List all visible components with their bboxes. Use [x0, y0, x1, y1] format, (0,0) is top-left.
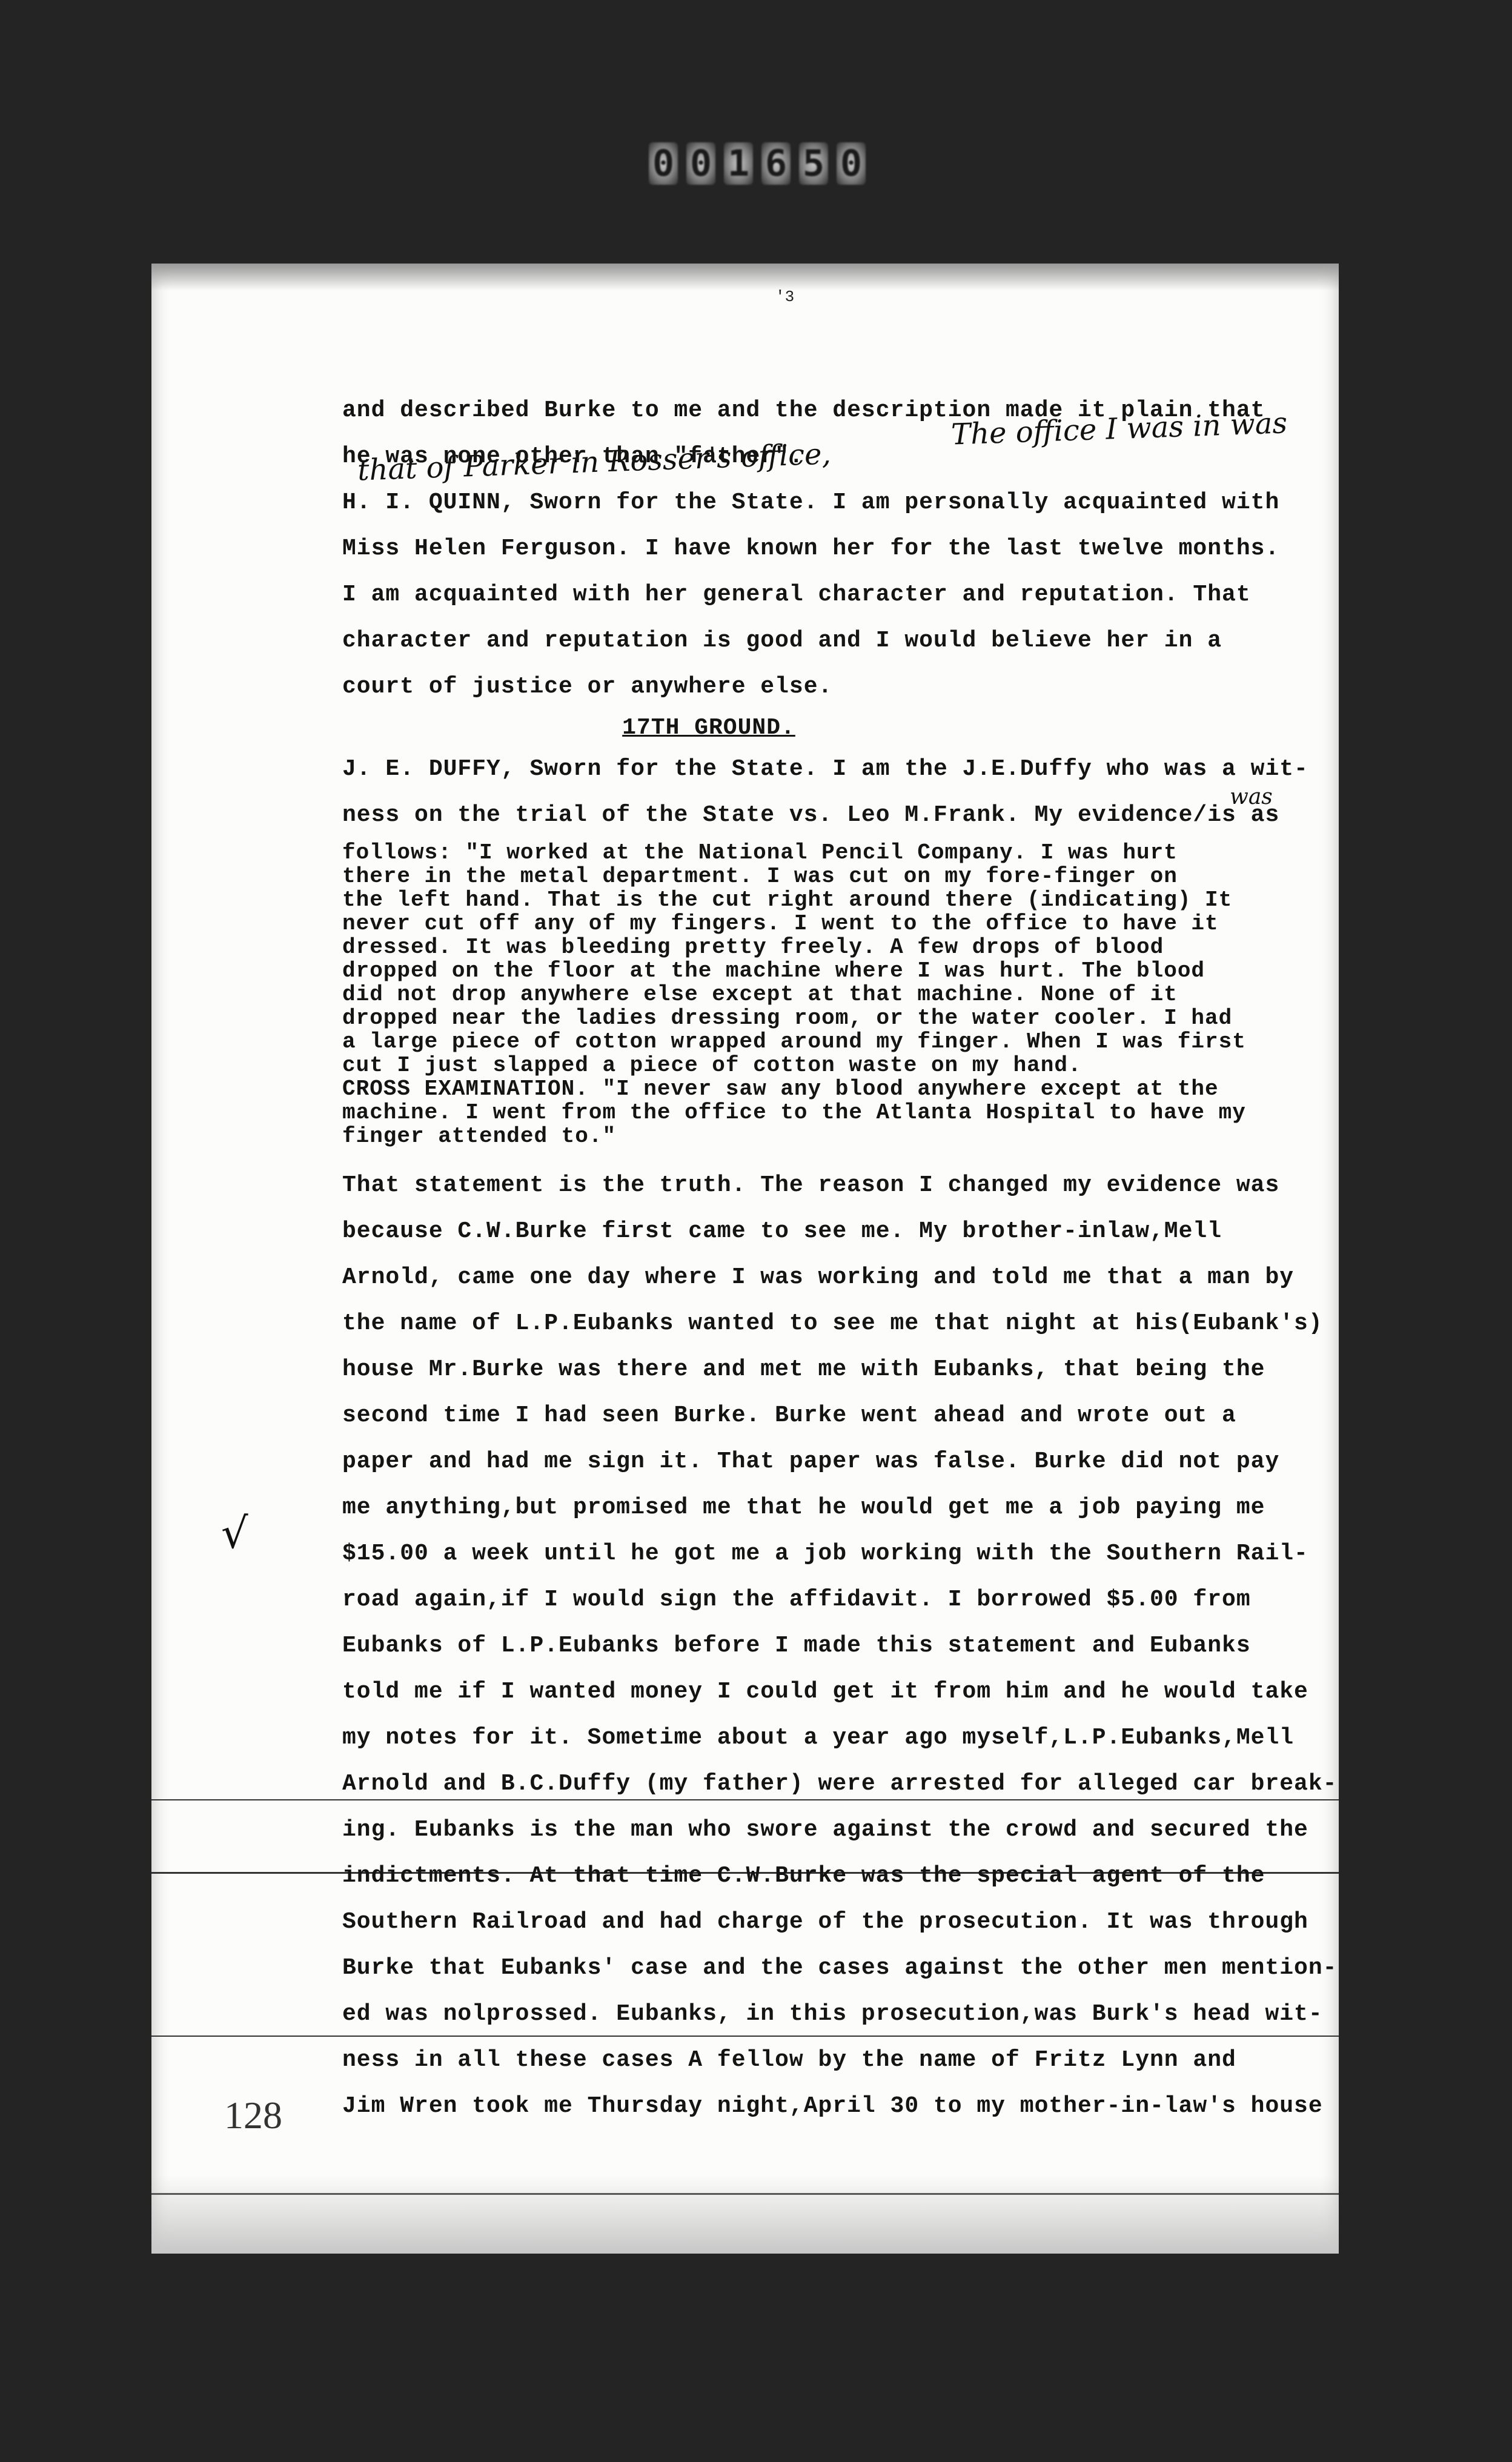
- scan-line: [151, 2193, 1339, 2195]
- section-heading-text: 17TH GROUND.: [622, 715, 795, 741]
- frame-digit: 1: [724, 142, 753, 185]
- quoted-testimony-line: dressed. It was bleeding pretty freely. …: [342, 935, 1275, 959]
- microfilm-frame-number: 0 0 1 6 5 0: [606, 133, 909, 194]
- continuation-line: ing. Eubanks is the man who swore agains…: [342, 1807, 1275, 1853]
- continuation-line: Burke that Eubanks' case and the cases a…: [342, 1945, 1275, 1991]
- continuation-line: $15.00 a week until he got me a job work…: [342, 1531, 1275, 1577]
- continuation-line: second time I had seen Burke. Burke went…: [342, 1393, 1275, 1439]
- continuation-line: That statement is the truth. The reason …: [342, 1163, 1275, 1209]
- quoted-testimony-line: did not drop anywhere else except at tha…: [342, 983, 1275, 1006]
- quinn-testimony-line: H. I. QUINN, Sworn for the State. I am p…: [342, 480, 1275, 526]
- margin-page-number: 128: [224, 2093, 282, 2138]
- continuation-line: because C.W.Burke first came to see me. …: [342, 1209, 1275, 1255]
- continuation-line: paper and had me sign it. That paper was…: [342, 1439, 1275, 1485]
- continuation-line: Jim Wren took me Thursday night,April 30…: [342, 2083, 1275, 2129]
- frame-digit: 6: [761, 142, 791, 185]
- continuation-line: the name of L.P.Eubanks wanted to see me…: [342, 1301, 1275, 1347]
- frame-digit: 0: [649, 142, 678, 185]
- frame-digit: 0: [686, 142, 715, 185]
- quoted-testimony-line: dropped near the ladies dressing room, o…: [342, 1006, 1275, 1030]
- frame-digit: 0: [837, 142, 866, 185]
- duffy-intro-line: J. E. DUFFY, Sworn for the State. I am t…: [342, 746, 1275, 792]
- typed-text-body: and described Burke to me and the descri…: [342, 388, 1275, 2129]
- quoted-testimony-line: a large piece of cotton wrapped around m…: [342, 1030, 1275, 1053]
- quoted-testimony-line: there in the metal department. I was cut…: [342, 864, 1275, 888]
- quoted-testimony-line: never cut off any of my fingers. I went …: [342, 912, 1275, 935]
- continuation-line: Arnold, came one day where I was working…: [342, 1255, 1275, 1301]
- frame-digit: 5: [799, 142, 828, 185]
- top-page-mark: '3: [775, 288, 794, 306]
- text-line: and described Burke to me and the descri…: [342, 388, 1275, 434]
- section-heading: 17TH GROUND.: [342, 710, 1275, 746]
- continuation-line: Arnold and B.C.Duffy (my father) were ar…: [342, 1761, 1275, 1807]
- continuation-line: told me if I wanted money I could get it…: [342, 1669, 1275, 1715]
- checkmark-icon: √: [221, 1508, 248, 1558]
- continuation-line: my notes for it. Sometime about a year a…: [342, 1715, 1275, 1761]
- continuation-line: indictments. At that time C.W.Burke was …: [342, 1853, 1275, 1899]
- continuation-line: Southern Railroad and had charge of the …: [342, 1899, 1275, 1945]
- cross-examination-line: CROSS EXAMINATION. "I never saw any bloo…: [342, 1077, 1275, 1101]
- quoted-testimony-line: dropped on the floor at the machine wher…: [342, 959, 1275, 983]
- quoted-testimony-line: finger attended to.": [342, 1124, 1275, 1148]
- text-line: I am acquainted with her general charact…: [342, 572, 1275, 618]
- text-line: he was none other than "father".: [342, 434, 1275, 480]
- continuation-line: ed was nolprossed. Eubanks, in this pros…: [342, 1991, 1275, 2037]
- quoted-testimony-line: machine. I went from the office to the A…: [342, 1101, 1275, 1124]
- continuation-line: Eubanks of L.P.Eubanks before I made thi…: [342, 1623, 1275, 1669]
- quoted-testimony-line: cut I just slapped a piece of cotton was…: [342, 1053, 1275, 1077]
- continuation-line: road again,if I would sign the affidavit…: [342, 1577, 1275, 1623]
- text-line: Miss Helen Ferguson. I have known her fo…: [342, 526, 1275, 572]
- quoted-testimony-line: follows: "I worked at the National Penci…: [342, 841, 1275, 864]
- document-page: '3 The office I was in was that of Parke…: [151, 264, 1339, 2254]
- continuation-line: ness in all these cases A fellow by the …: [342, 2037, 1275, 2083]
- continuation-line: me anything,but promised me that he woul…: [342, 1485, 1275, 1531]
- quoted-testimony-line: the left hand. That is the cut right aro…: [342, 888, 1275, 912]
- continuation-line: house Mr.Burke was there and met me with…: [342, 1347, 1275, 1393]
- text-line: court of justice or anywhere else.: [342, 664, 1275, 710]
- duffy-intro-line: ness on the trial of the State vs. Leo M…: [342, 792, 1275, 838]
- text-line: character and reputation is good and I w…: [342, 618, 1275, 664]
